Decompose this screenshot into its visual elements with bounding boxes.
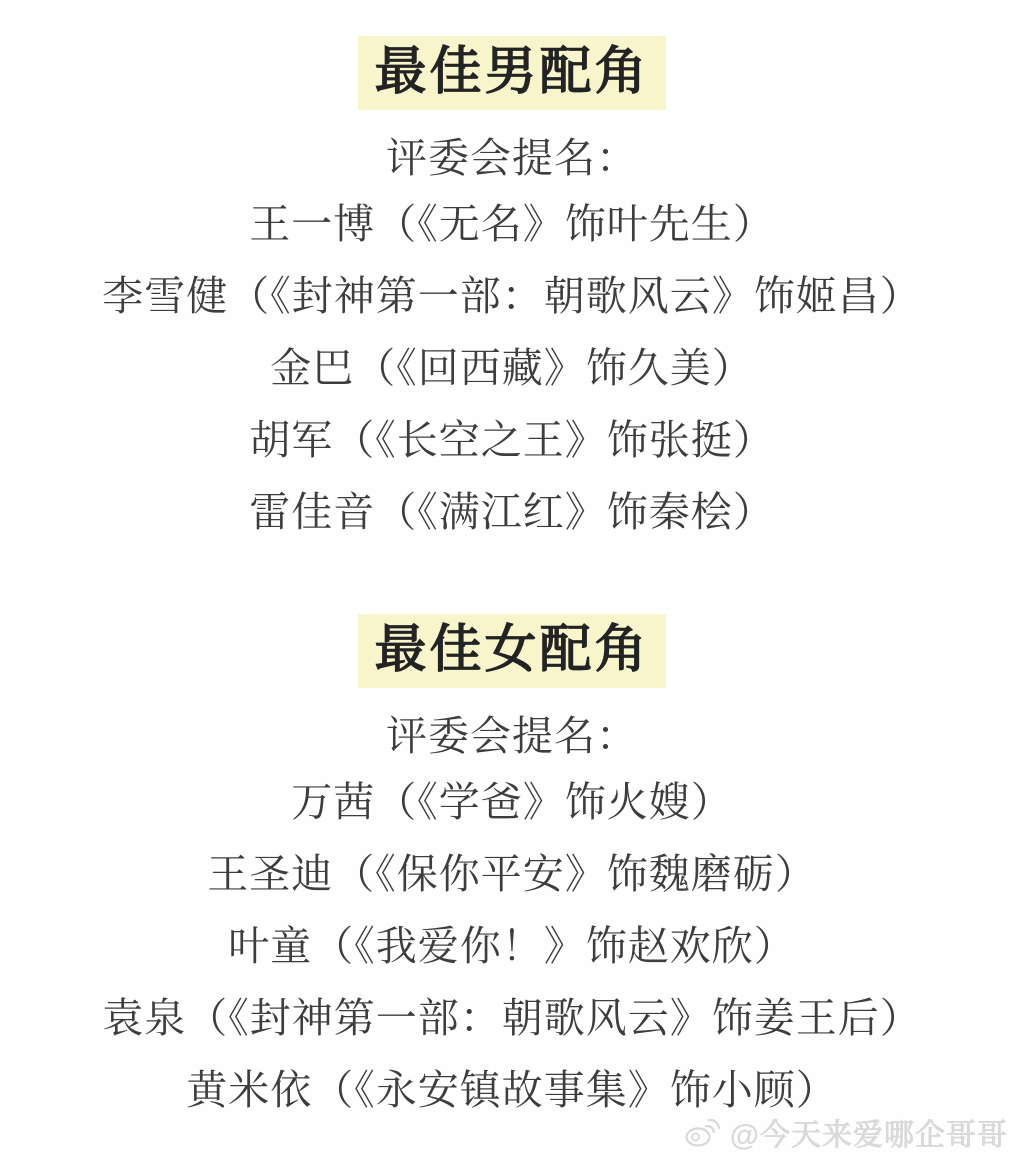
- nominee-line: 雷佳音（《满江红》饰秦桧）: [0, 476, 1024, 548]
- section-title-best-supporting-actor: 最佳男配角: [358, 36, 665, 110]
- nominee-line: 胡军（《长空之王》饰张挺）: [0, 404, 1024, 476]
- nominee-line: 万茜（《学爸》饰火嫂）: [0, 766, 1024, 838]
- nominee-line: 李雪健（《封神第一部：朝歌风云》饰姬昌）: [0, 260, 1024, 332]
- section-title-row: 最佳女配角: [0, 614, 1024, 688]
- nominee-line: 王圣迪（《保你平安》饰魏磨砺）: [0, 838, 1024, 910]
- section-best-supporting-actor: 最佳男配角 评委会提名： 王一博（《无名》饰叶先生） 李雪健（《封神第一部：朝歌…: [0, 0, 1024, 548]
- nominee-line: 袁泉（《封神第一部：朝歌风云》饰姜王后）: [0, 982, 1024, 1054]
- nominee-list: 王一博（《无名》饰叶先生） 李雪健（《封神第一部：朝歌风云》饰姬昌） 金巴（《回…: [0, 188, 1024, 548]
- nominee-line: 金巴（《回西藏》饰久美）: [0, 332, 1024, 404]
- section-title-row: 最佳男配角: [0, 36, 1024, 110]
- award-nominations-image: 最佳男配角 评委会提名： 王一博（《无名》饰叶先生） 李雪健（《封神第一部：朝歌…: [0, 0, 1024, 1160]
- section-title-best-supporting-actress: 最佳女配角: [358, 614, 665, 688]
- watermark: @今天来爱哪企哥哥: [684, 1110, 1008, 1154]
- nominee-list: 万茜（《学爸》饰火嫂） 王圣迪（《保你平安》饰魏磨砺） 叶童（《我爱你！》饰赵欢…: [0, 766, 1024, 1126]
- weibo-icon: [684, 1116, 722, 1148]
- watermark-text: @今天来爱哪企哥哥: [730, 1110, 1008, 1154]
- nominee-line: 王一博（《无名》饰叶先生）: [0, 188, 1024, 260]
- jury-nomination-label: 评委会提名：: [0, 714, 1024, 758]
- jury-nomination-label: 评委会提名：: [0, 136, 1024, 180]
- nominee-line: 叶童（《我爱你！》饰赵欢欣）: [0, 910, 1024, 982]
- section-best-supporting-actress: 最佳女配角 评委会提名： 万茜（《学爸》饰火嫂） 王圣迪（《保你平安》饰魏磨砺）…: [0, 614, 1024, 1126]
